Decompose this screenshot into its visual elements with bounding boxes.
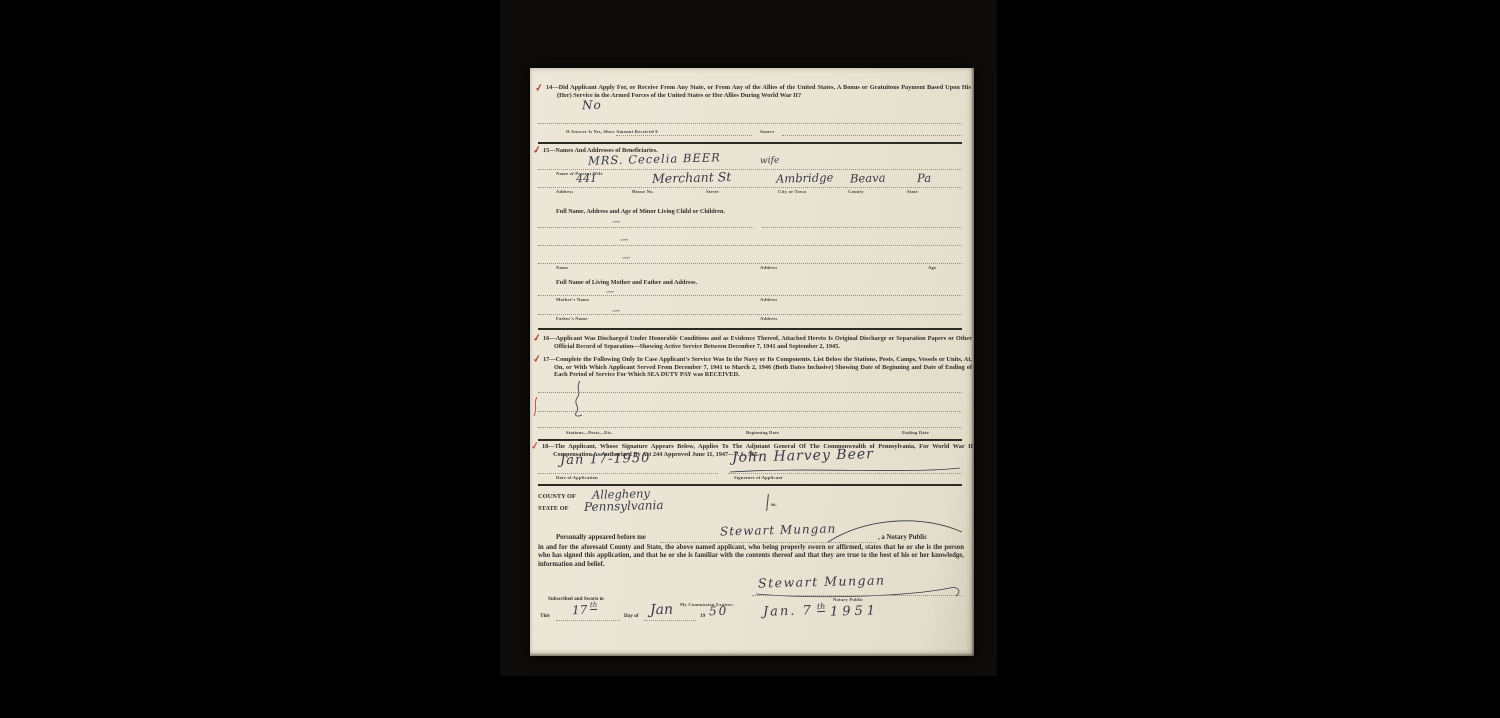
- notary-body-text: in and for the aforesaid County and Stat…: [538, 544, 964, 569]
- year-printed-prefix: 19: [700, 613, 705, 619]
- handwritten-squiggle: [570, 380, 588, 418]
- beneficiary-relation-handwritten: wife: [760, 156, 780, 167]
- state-value-handwritten: Pennsylvania: [584, 498, 664, 514]
- red-checkmark-q14: ✓: [534, 82, 544, 94]
- section-divider: [538, 484, 962, 486]
- notary-line1-prefix: Personally appeared before me: [556, 534, 646, 542]
- father-address-label: Address: [760, 316, 777, 321]
- notary-public-label: Notary Public: [833, 597, 863, 602]
- red-checkmark-q17: ✓: [532, 353, 542, 365]
- commission-date-handwritten: Jan. 7: [763, 603, 813, 619]
- commission-date-superscript: th: [817, 602, 826, 612]
- notary-signature-inline-handwritten: Stewart Mungan: [720, 521, 837, 538]
- section-divider: [538, 328, 962, 330]
- father-name-label: Father's Name: [556, 316, 588, 321]
- beneficiary-name-handwritten: MRS. Cecelia BEER: [588, 150, 721, 167]
- child-address-label: Address: [760, 265, 777, 270]
- stations-col-label: Stations—Posts—Etc.: [566, 430, 613, 435]
- section-divider: [538, 142, 962, 144]
- blank-line: [538, 169, 962, 170]
- sea-duty-row-blank: [538, 427, 962, 428]
- page-edge-right: [971, 68, 974, 656]
- child-name-label: Name: [556, 265, 568, 270]
- city-handwritten: Ambridge: [776, 170, 834, 185]
- red-checkmark-q15: ✓: [532, 144, 542, 156]
- question-16-text: 16—Applicant Was Discharged Under Honora…: [543, 335, 972, 350]
- handwritten-dash: —: [622, 253, 630, 262]
- street-col-label: Street: [706, 189, 719, 194]
- date-of-application-label: Date of Application: [556, 475, 598, 480]
- beginning-date-col-label: Beginning Date: [746, 430, 779, 435]
- day-blank: [556, 620, 620, 621]
- handwritten-dash: —: [620, 235, 628, 244]
- county-col-label: County: [848, 189, 864, 194]
- blank-line: [538, 263, 962, 264]
- applicant-signature-blank: [728, 473, 962, 474]
- state-handwritten: Pa: [917, 171, 931, 185]
- day-handwritten: 17: [572, 603, 588, 617]
- street-handwritten: Merchant St: [652, 169, 732, 186]
- house-number-handwritten: 441: [576, 172, 597, 186]
- signature-of-applicant-label: Signature of Applicant: [734, 475, 783, 480]
- parents-heading: Full Name of Living Mother and Father an…: [556, 279, 697, 286]
- city-col-label: City or Town: [778, 189, 806, 194]
- red-checkmark-q18: ✓: [530, 440, 540, 452]
- county-handwritten: Beava: [850, 171, 886, 186]
- mother-name-label: Mother's Name: [556, 297, 589, 302]
- amount-blank: [616, 135, 752, 136]
- if-yes-amount-label: If Answer Is Yes, Show Amount Received $: [566, 129, 658, 134]
- red-margin-mark: [531, 396, 541, 418]
- address-col-label: Address: [556, 189, 573, 194]
- month-blank: [644, 620, 696, 621]
- house-no-col-label: House No.: [632, 189, 654, 194]
- notary-public-blank: [752, 595, 962, 596]
- state-col-label: State: [907, 189, 918, 194]
- blank-line: [538, 187, 962, 188]
- child-age-label: Age: [928, 265, 936, 270]
- commission-year-handwritten: 1951: [830, 603, 879, 619]
- blank-line: [538, 314, 962, 315]
- ss-label: ss.: [771, 502, 777, 508]
- sea-duty-row-blank: [538, 392, 962, 393]
- county-of-label: COUNTY OF: [538, 493, 576, 500]
- source-label: Source: [760, 129, 775, 134]
- children-heading: Full Name, Address and Age of Minor Livi…: [556, 208, 725, 215]
- applicant-signature-handwritten: John Harvey Beer: [732, 446, 874, 466]
- this-label: This: [540, 613, 550, 619]
- month-handwritten: Jan: [650, 602, 673, 619]
- red-checkmark-q16: ✓: [532, 332, 542, 344]
- ending-date-col-label: Ending Date: [902, 430, 929, 435]
- child-name-blank: [538, 227, 754, 228]
- q14-answer-handwritten: No: [582, 98, 602, 113]
- question-14-text: 14—Did Applicant Apply For, or Receive F…: [546, 84, 971, 99]
- day-of-label: Day of: [624, 613, 639, 619]
- year-handwritten: 50: [709, 604, 729, 618]
- ss-brace: [766, 494, 769, 511]
- section-divider: [538, 439, 962, 441]
- source-blank: [782, 135, 962, 136]
- blank-line: [538, 245, 962, 246]
- child-address-blank: [762, 227, 962, 228]
- date-of-application-blank: [538, 473, 718, 474]
- sea-duty-row-blank: [538, 411, 962, 412]
- notary-signature-flourish: [826, 514, 966, 546]
- question-17-text: 17—Complete the Following Only In Case A…: [543, 356, 972, 379]
- mother-address-label: Address: [760, 297, 777, 302]
- handwritten-dash: —: [612, 217, 620, 226]
- page-edge-bottom: [530, 653, 974, 656]
- blank-line: [538, 295, 962, 296]
- state-of-label: STATE OF: [538, 505, 568, 512]
- day-suffix-handwritten: th: [590, 601, 598, 610]
- application-date-handwritten: Jan 17-1950: [560, 451, 651, 468]
- blank-line: [538, 123, 962, 124]
- form-page: ✓ 14—Did Applicant Apply For, or Receive…: [530, 68, 974, 656]
